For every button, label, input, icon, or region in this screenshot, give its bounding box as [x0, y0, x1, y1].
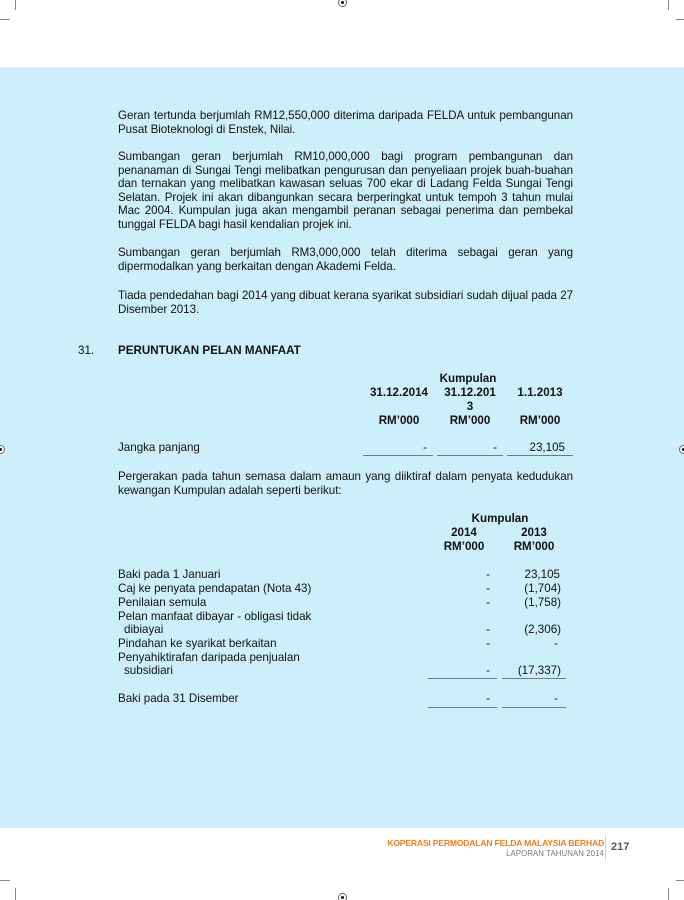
registration-mark-icon: [338, 893, 347, 900]
table2-cell: -: [430, 664, 490, 678]
crop-mark: [676, 19, 684, 20]
crop-mark: [15, 0, 16, 10]
movement-intro: Pergerakan pada tahun semasa dalam amaun…: [118, 470, 573, 497]
table2-total-cell: -: [500, 692, 558, 706]
paragraph-grant-akademi: Sumbangan geran berjumlah RM3,000,000 te…: [118, 246, 573, 273]
crop-mark: [0, 880, 10, 881]
table2-row-label: Pelan manfaat dibayar - obligasi tidak: [118, 610, 311, 624]
table1-col-date: 31.12.2014: [363, 386, 435, 400]
table2-cell: -: [430, 623, 490, 637]
table1-underline: [507, 455, 573, 456]
table1-col-unit: RM’000: [437, 414, 503, 428]
page-number: 217: [611, 841, 629, 853]
footer-organization: KOPERASI PERMODALAN FELDA MALAYSIA BERHA…: [387, 838, 604, 848]
crop-mark: [668, 888, 669, 900]
table2-cell: -: [500, 637, 558, 651]
table2-row-label-cont: dibiayai: [124, 623, 163, 637]
table1-col-unit: RM’000: [363, 414, 435, 428]
table1-row-label: Jangka panjang: [118, 441, 200, 455]
paragraph-grant-sungai-tengi: Sumbangan geran berjumlah RM10,000,000 b…: [118, 150, 573, 232]
table2-col-unit: RM’000: [432, 540, 496, 554]
table2-col-year: 2013: [502, 526, 566, 540]
table2-total-label: Baki pada 31 Disember: [118, 692, 239, 706]
table2-cell: 23,105: [500, 568, 560, 582]
table1-col-date: 31.12.201 3: [437, 386, 503, 413]
table1-cell: -: [363, 441, 427, 455]
table2-row-label-cont: subsidiari: [124, 664, 173, 678]
table2-row-label: Penyahiktirafan daripada penjualan: [118, 651, 300, 665]
table1-cell: 23,105: [507, 441, 565, 455]
table2-row-label: Penilaian semula: [118, 596, 206, 610]
table1-col-unit: RM’000: [507, 414, 573, 428]
table2-underline: [428, 707, 497, 708]
table2-row-label: Pindahan ke syarikat berkaitan: [118, 637, 277, 651]
table2-cell: -: [430, 582, 490, 596]
table2-cell: (1,704): [500, 582, 561, 596]
footer-report-title: LAPORAN TAHUNAN 2014: [506, 849, 604, 858]
registration-mark-icon: [679, 445, 684, 454]
table2-col-unit: RM’000: [502, 540, 566, 554]
table1-group-label: Kumpulan: [420, 372, 516, 386]
table2-group-label: Kumpulan: [460, 512, 540, 526]
paragraph-grant-deferred: Geran tertunda berjumlah RM12,550,000 di…: [118, 109, 573, 136]
table2-col-year: 2014: [432, 526, 496, 540]
crop-mark: [15, 888, 16, 900]
crop-mark: [0, 19, 10, 20]
table1-underline: [363, 455, 433, 456]
table2-cell: (1,758): [500, 596, 561, 610]
table2-cell: -: [430, 596, 490, 610]
table2-underline: [428, 678, 497, 679]
crop-mark: [668, 0, 669, 10]
table2-row-label: Baki pada 1 Januari: [118, 568, 220, 582]
crop-mark: [676, 880, 684, 881]
section-number: 31.: [78, 344, 94, 357]
table2-underline: [502, 678, 566, 679]
table1-col-date: 1.1.2013: [507, 386, 573, 400]
table2-cell: -: [430, 568, 490, 582]
registration-mark-icon: [338, 0, 347, 7]
table2-underline: [502, 707, 566, 708]
table2-cell: -: [430, 637, 490, 651]
table1-cell: -: [437, 441, 497, 455]
paragraph-disclosure: Tiada pendedahan bagi 2014 yang dibuat k…: [118, 289, 573, 316]
table2-row-label: Caj ke penyata pendapatan (Nota 43): [118, 582, 311, 596]
table2-cell: (17,337): [500, 664, 561, 678]
table2-total-cell: -: [430, 692, 490, 706]
table1-underline: [437, 455, 503, 456]
table2-cell: (2,306): [500, 623, 561, 637]
footer-divider: [605, 835, 606, 861]
section-title: PERUNTUKAN PELAN MANFAAT: [118, 344, 301, 357]
